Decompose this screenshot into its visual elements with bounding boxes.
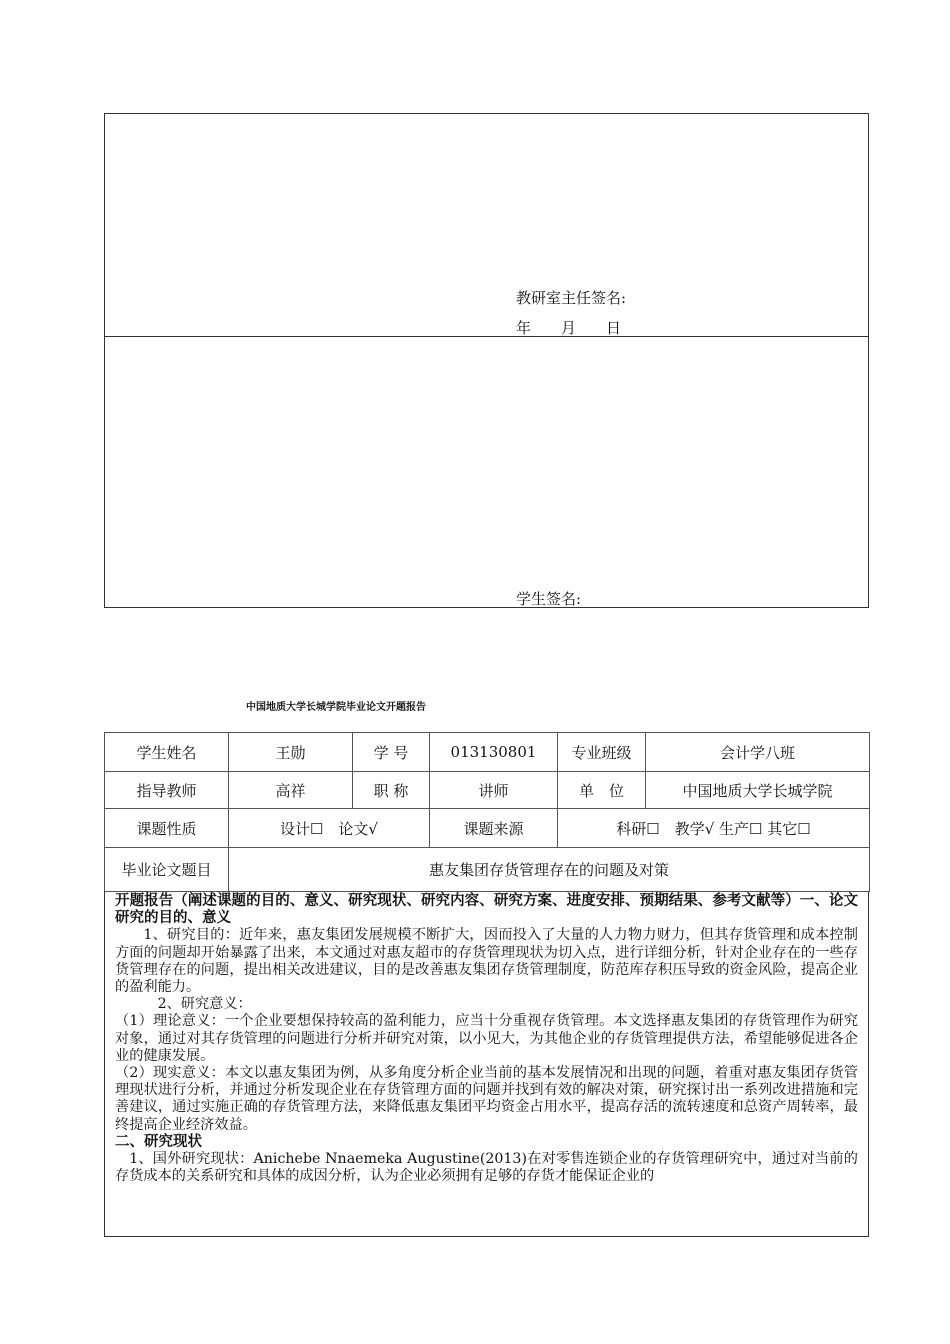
advisor-label: 指导教师 bbox=[105, 772, 229, 809]
table-row: 课题性质 设计☐ 论文√ 课题来源 科研☐ 教学√ 生产☐ 其它☐ bbox=[105, 809, 870, 848]
section2-heading: 二、研究现状 bbox=[115, 1134, 858, 1151]
table-row: 指导教师 高祥 职 称 讲师 单 位 中国地质大学长城学院 bbox=[105, 772, 870, 809]
unit-label: 单 位 bbox=[558, 772, 646, 809]
unit-value: 中国地质大学长城学院 bbox=[646, 772, 870, 809]
student-name-value: 王勋 bbox=[229, 733, 353, 772]
report-heading: 开题报告（阐述课题的目的、意义、研究现状、研究内容、研究方案、进度安排、预期结果… bbox=[115, 893, 858, 927]
advisor-value: 高祥 bbox=[229, 772, 353, 809]
practical-significance: （2）现实意义：本文以惠友集团为例，从多角度分析企业当前的基本发展情况和出现的问… bbox=[115, 1065, 858, 1134]
table-row: 毕业论文题目 惠友集团存货管理存在的问题及对策 bbox=[105, 848, 870, 892]
thesis-title-value: 惠友集团存货管理存在的问题及对策 bbox=[229, 848, 870, 892]
student-name-label: 学生姓名 bbox=[105, 733, 229, 772]
student-signature-label: 学生签名: bbox=[516, 588, 581, 609]
info-table: 学生姓名 王勋 学 号 013130801 专业班级 会计学八班 指导教师 高祥… bbox=[104, 732, 870, 892]
class-value: 会计学八班 bbox=[646, 733, 870, 772]
title-rank-value: 讲师 bbox=[430, 772, 558, 809]
director-opinion-box bbox=[104, 113, 869, 337]
title-rank-label: 职 称 bbox=[353, 772, 430, 809]
research-purpose: 1、研究目的：近年来，惠友集团发展规模不断扩大，因而投入了大量的人力物力财力，但… bbox=[115, 927, 858, 996]
report-body: 开题报告（阐述课题的目的、意义、研究现状、研究内容、研究方案、进度安排、预期结果… bbox=[104, 891, 869, 1237]
foreign-research-status: 1、国外研究现状：Anichebe Nnaemeka Augustine(201… bbox=[115, 1151, 858, 1185]
class-label: 专业班级 bbox=[558, 733, 646, 772]
director-signature-label: 教研室主任签名: bbox=[516, 287, 626, 308]
topic-nature-value: 设计☐ 论文√ bbox=[229, 809, 430, 848]
student-id-label: 学 号 bbox=[353, 733, 430, 772]
director-date-label: 年 月 日 bbox=[516, 317, 621, 338]
student-id-value: 013130801 bbox=[430, 733, 558, 772]
topic-source-label: 课题来源 bbox=[430, 809, 558, 848]
thesis-title-label: 毕业论文题目 bbox=[105, 848, 229, 892]
student-opinion-box bbox=[104, 336, 869, 608]
significance-label: 2、研究意义： bbox=[115, 996, 858, 1013]
table-row: 学生姓名 王勋 学 号 013130801 专业班级 会计学八班 bbox=[105, 733, 870, 772]
report-caption: 中国地质大学长城学院毕业论文开题报告 bbox=[246, 698, 426, 713]
theoretical-significance: （1）理论意义：一个企业要想保持较高的盈利能力，应当十分重视存货管理。本文选择惠… bbox=[115, 1013, 858, 1065]
topic-nature-label: 课题性质 bbox=[105, 809, 229, 848]
topic-source-value: 科研☐ 教学√ 生产☐ 其它☐ bbox=[558, 809, 870, 848]
